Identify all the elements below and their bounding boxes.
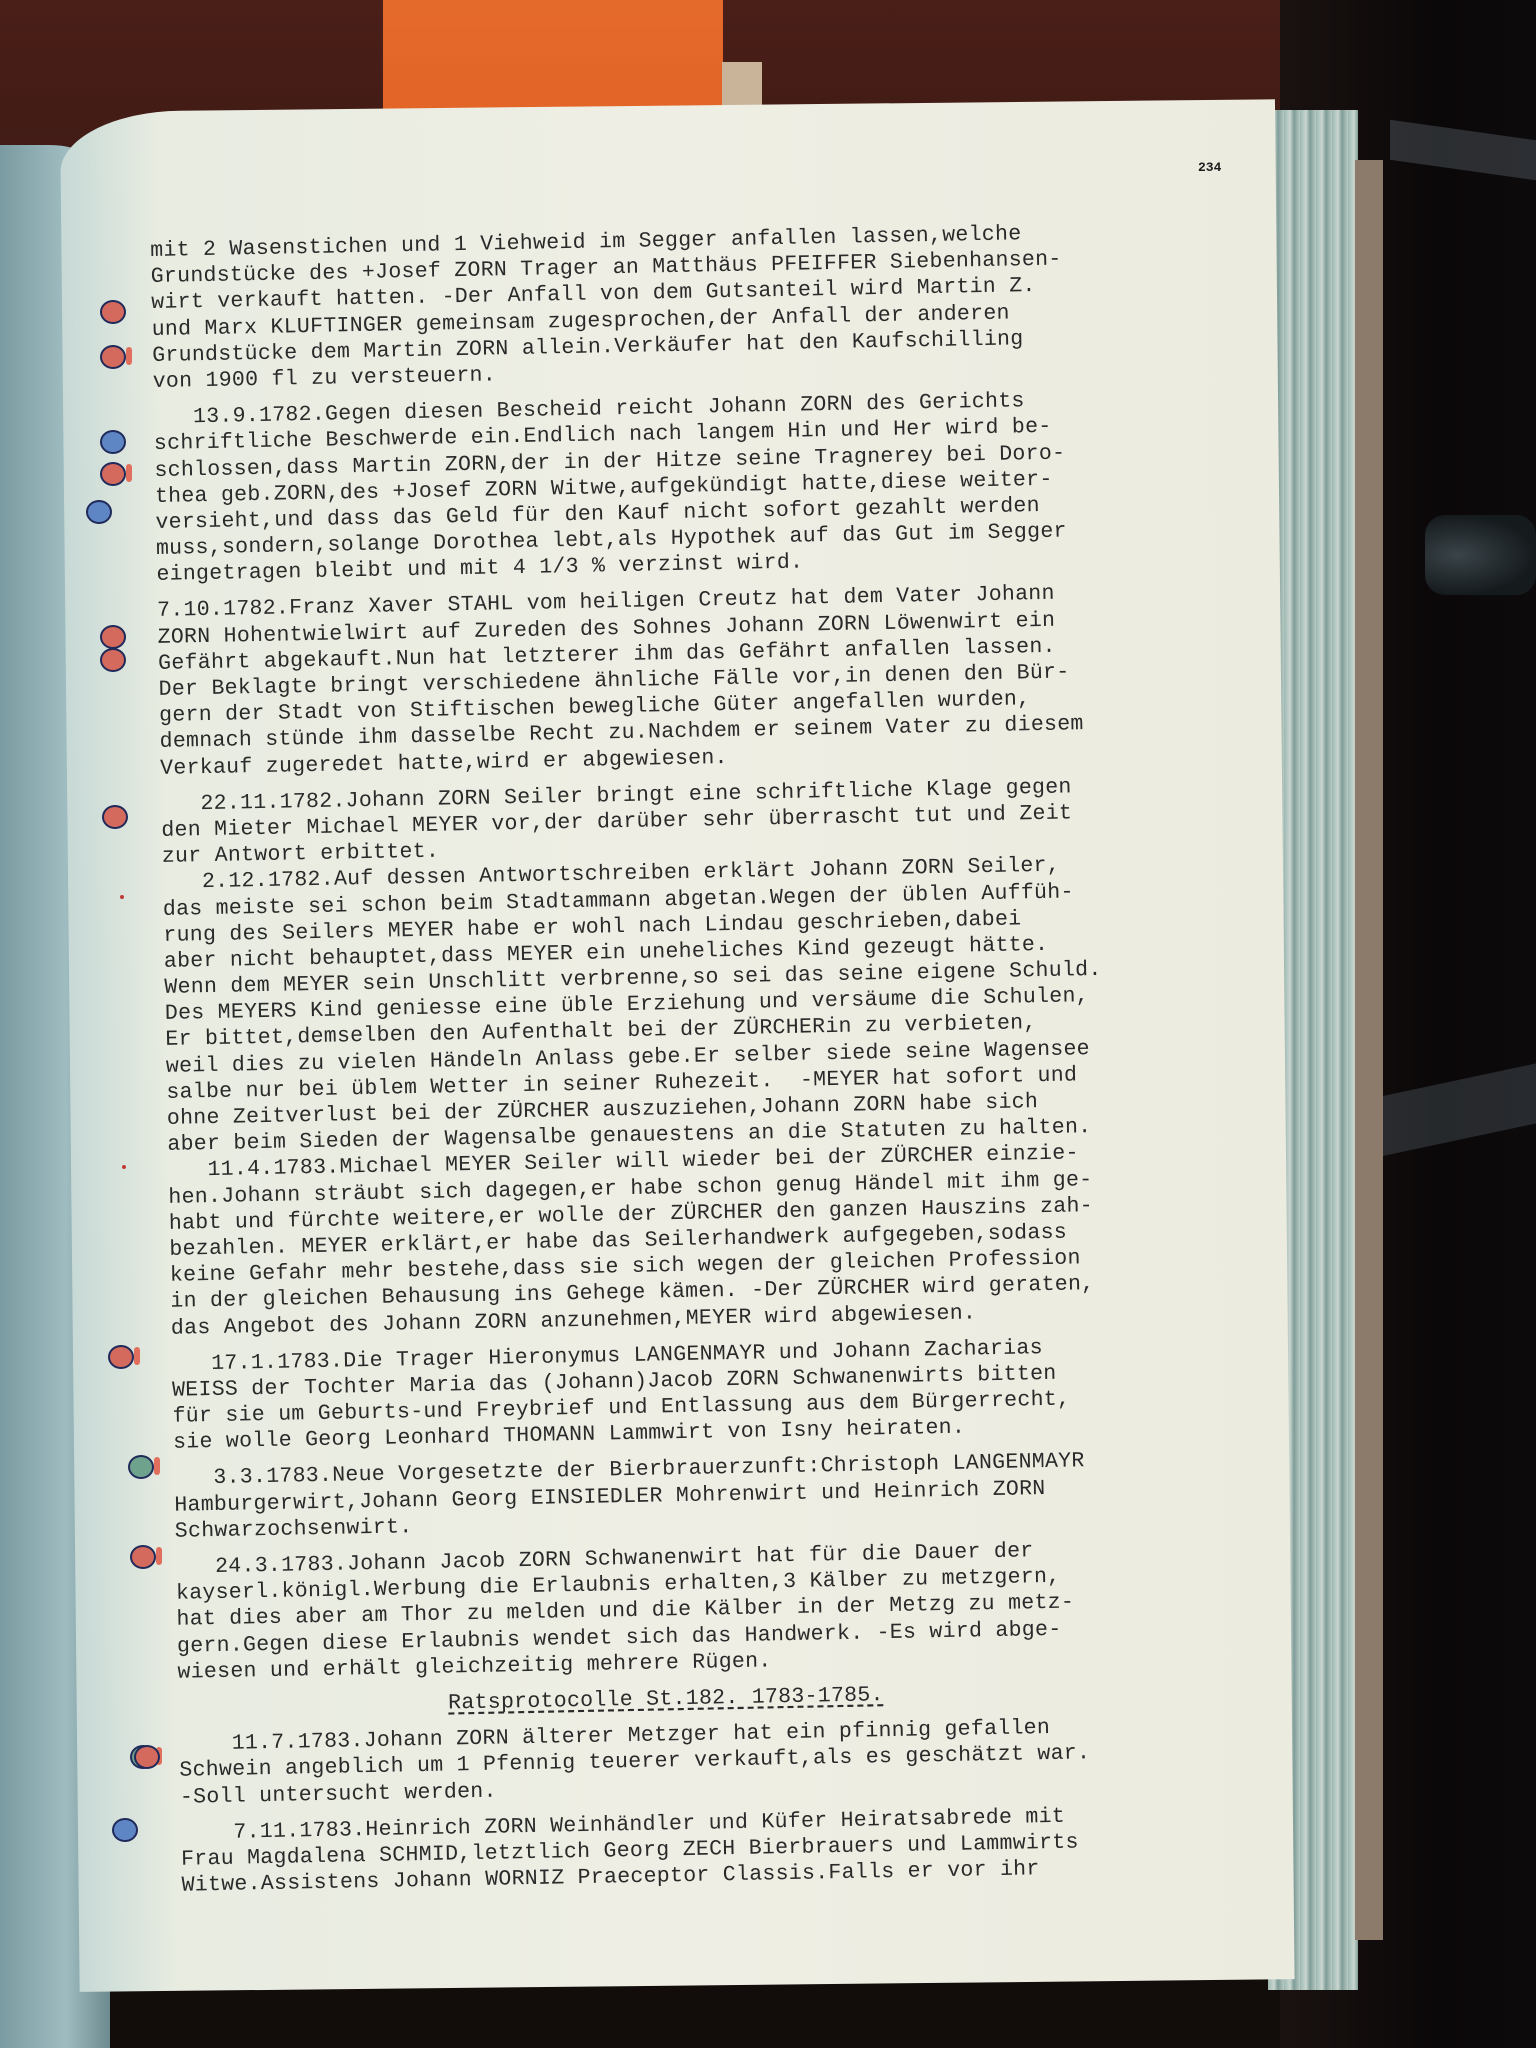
margin-annotation-circle bbox=[100, 345, 126, 369]
margin-annotation-circle bbox=[100, 625, 126, 649]
typewritten-text: mit 2 Wasenstichen und 1 Viehweid im Seg… bbox=[150, 216, 1312, 1899]
margin-annotation-circle bbox=[108, 1345, 134, 1369]
margin-annotation-circle bbox=[100, 648, 126, 672]
annotation-tail bbox=[126, 464, 132, 482]
margin-annotation-circle bbox=[100, 430, 126, 454]
margin-dot bbox=[120, 895, 124, 899]
margin-annotation-circle bbox=[86, 500, 112, 524]
annotation-tail bbox=[156, 1547, 162, 1565]
annotation-tail bbox=[134, 1347, 140, 1365]
margin-annotation-circle bbox=[100, 462, 126, 486]
margin-annotation-circle bbox=[100, 300, 126, 324]
dark-object bbox=[1425, 515, 1536, 595]
annotation-tail bbox=[154, 1457, 160, 1475]
margin-annotation-circle bbox=[102, 805, 128, 829]
page-number: 234 bbox=[1198, 160, 1221, 175]
margin-annotation-circle bbox=[130, 1545, 156, 1569]
margin-annotation-circle bbox=[112, 1818, 138, 1842]
margin-annotation-circle bbox=[128, 1455, 154, 1479]
margin-dot bbox=[122, 1165, 126, 1169]
book-cover-edge bbox=[1355, 160, 1383, 1940]
margin-annotation-circle bbox=[134, 1745, 160, 1769]
annotation-tail bbox=[126, 347, 132, 365]
